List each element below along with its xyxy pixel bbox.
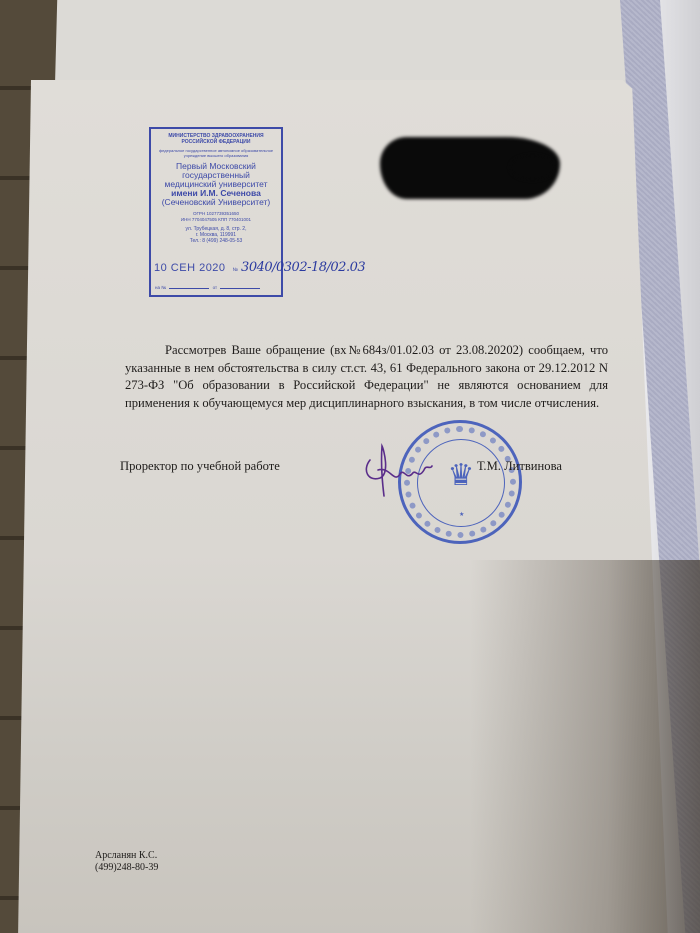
letter-body: Рассмотрев Ваше обращение (вх№684з/01.02… xyxy=(125,342,608,412)
coat-of-arms-icon: ♛ xyxy=(445,457,477,495)
body-paragraph: Рассмотрев Ваше обращение (вх№684з/01.02… xyxy=(125,342,608,412)
stamp-inn-kpp: ИНН 7704047505 КПП 770401001 xyxy=(151,217,281,223)
stamp-ref-label: на № xyxy=(155,285,166,290)
stamp-date: 10 СЕН 2020 xyxy=(151,262,226,274)
executor-footer: Арсланян К.С. (499)248-80-39 xyxy=(95,850,158,874)
handwritten-signature xyxy=(360,440,440,500)
stamp-date-row: 10 СЕН 2020 № 3040/0302-18/02.03 xyxy=(151,260,391,276)
signatory-name: Т.М. Литвинова xyxy=(477,459,562,474)
stamp-ministry: МИНИСТЕРСТВО ЗДРАВООХРАНЕНИЯ РОССИЙСКОЙ … xyxy=(151,133,281,145)
signatory-title: Проректор по учебной работе xyxy=(120,459,280,474)
stamp-ref-from-line xyxy=(220,288,260,289)
stamp-ref-row: на № от xyxy=(155,285,262,290)
stamp-ref-line xyxy=(169,288,209,289)
letter-sheet xyxy=(18,80,668,933)
stamp-no-label: № xyxy=(233,267,238,273)
outgoing-number: 3040/0302-18/02.03 xyxy=(241,260,365,275)
stamp-institution-type: федеральное государственное автономное о… xyxy=(151,148,281,158)
executor-phone: (499)248-80-39 xyxy=(95,862,158,874)
redacted-addressee-tail xyxy=(510,155,555,180)
executor-name: Арсланян К.С. xyxy=(95,850,158,862)
corner-stamp: МИНИСТЕРСТВО ЗДРАВООХРАНЕНИЯ РОССИЙСКОЙ … xyxy=(149,127,283,297)
stamp-university-line5: (Сеченовский Университет) xyxy=(151,198,281,207)
stamp-ref-from-label: от xyxy=(213,285,217,290)
star-icon: ★ xyxy=(459,511,464,518)
stamp-phone: Тел.: 8 (499) 248-05-53 xyxy=(151,238,281,244)
